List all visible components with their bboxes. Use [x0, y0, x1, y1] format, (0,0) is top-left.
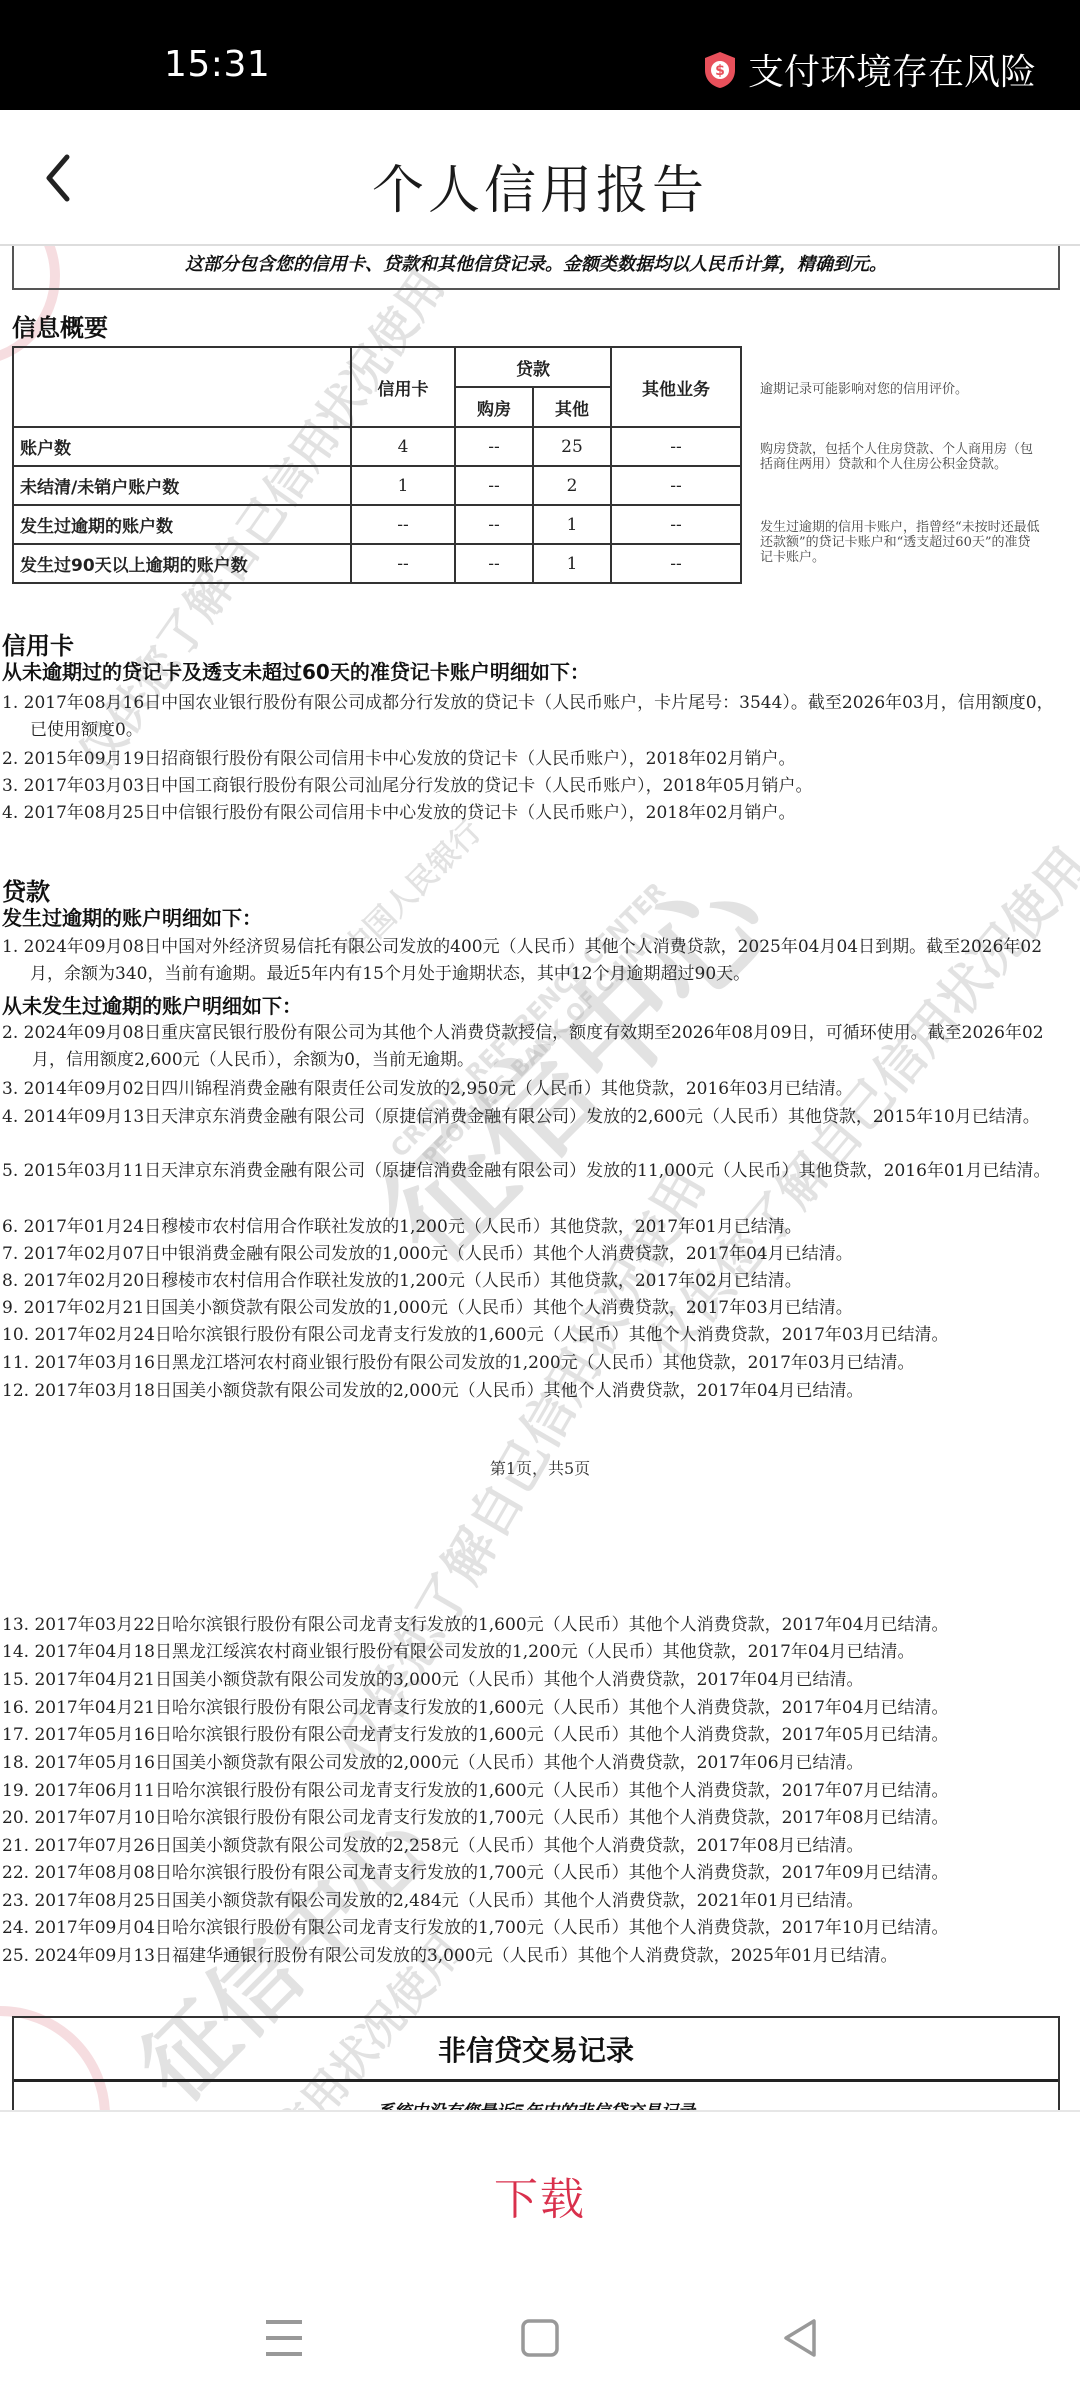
download-bar: 下载: [0, 2110, 1080, 2280]
intro-box: 这部分包含您的信用卡、贷款和其他信贷记录。金额类数据均以人民币计算，精确到元。: [12, 244, 1060, 290]
credit-card-item: 1. 2017年08月16日中国农业银行股份有限公司成都分行发放的贷记卡（人民币…: [0, 690, 1070, 744]
page-title: 个人信用报告: [0, 148, 1080, 223]
row-label: 发生过逾期的账户数: [13, 505, 351, 544]
cell-other: 1: [533, 544, 611, 583]
loan-item: 22. 2017年08月08日哈尔滨银行股份有限公司龙青支行发放的1,700元（…: [0, 1860, 1070, 1887]
status-bar: 15:31 $ 支付环境存在风险: [0, 0, 1080, 110]
loan-item: 24. 2017年09月04日哈尔滨银行股份有限公司龙青支行发放的1,700元（…: [0, 1915, 1070, 1942]
loan-item: 14. 2017年04月18日黑龙江绥滨农村商业银行股份有限公司发放的1,200…: [0, 1639, 1070, 1666]
row-label: 发生过90天以上逾期的账户数: [13, 544, 351, 583]
cell-business: --: [611, 544, 741, 583]
credit-card-item: 3. 2017年03月03日中国工商银行股份有限公司汕尾分行发放的贷记卡（人民币…: [0, 773, 1070, 800]
loan-item: 10. 2017年02月24日哈尔滨银行股份有限公司龙青支行发放的1,600元（…: [0, 1322, 1070, 1349]
col-loan-house: 购房: [455, 387, 533, 427]
credit-card-subheading: 从未逾期过的贷记卡及透支未超过60天的准贷记卡账户明细如下：: [2, 656, 590, 685]
table-row: 发生过90天以上逾期的账户数 -- -- 1 --: [13, 544, 741, 583]
loan-item: 12. 2017年03月18日国美小额贷款有限公司发放的2,000元（人民币）其…: [0, 1378, 1070, 1405]
col-loan: 贷款: [455, 347, 611, 387]
cell-other: 1: [533, 505, 611, 544]
loan-item: 7. 2017年02月07日中银消费金融有限公司发放的1,000元（人民币）其他…: [0, 1241, 1070, 1268]
non-credit-title: 非信贷交易记录: [14, 2018, 1058, 2082]
cell-other: 2: [533, 466, 611, 505]
summary-corner: [13, 347, 351, 427]
credit-card-item: 4. 2017年08月25日中信银行股份有限公司信用卡中心发放的贷记卡（人民币账…: [0, 800, 1070, 827]
loan-item: 19. 2017年06月11日哈尔滨银行股份有限公司龙青支行发放的1,600元（…: [0, 1778, 1070, 1805]
col-other-business: 其他业务: [611, 347, 741, 427]
status-time: 15:31: [164, 44, 270, 85]
table-row: 未结清/未销户账户数 1 -- 2 --: [13, 466, 741, 505]
shield-dollar-icon: $: [702, 50, 738, 90]
cell-business: --: [611, 427, 741, 466]
cell-business: --: [611, 466, 741, 505]
loan-item: 5. 2015年03月11日天津京东消费金融有限公司（原捷信消费金融有限公司）发…: [0, 1158, 1070, 1185]
back-triangle-icon: [780, 2318, 820, 2358]
table-row: 账户数 4 -- 25 --: [13, 427, 741, 466]
recents-button[interactable]: [244, 2308, 324, 2368]
svg-text:$: $: [715, 63, 725, 79]
loan-item: 6. 2017年01月24日穆棱市农村信用合作联社发放的1,200元（人民币）其…: [0, 1214, 1070, 1241]
nav-back-button[interactable]: [760, 2308, 840, 2368]
row-label: 未结清/未销户账户数: [13, 466, 351, 505]
cell-other: 25: [533, 427, 611, 466]
summary-note-overdue-card: 发生过逾期的信用卡账户，指曾经“未按时还最低还款额”的贷记卡账户和“透支超过60…: [760, 520, 1040, 565]
overdue-loans-subheading: 发生过逾期的账户明细如下：: [2, 902, 262, 931]
cell-credit-card: --: [351, 505, 455, 544]
page-number: 第1页，共5页: [0, 1456, 1080, 1479]
payment-risk-text: 支付环境存在风险: [748, 44, 1036, 95]
app-header: 个人信用报告: [0, 110, 1080, 244]
loan-item: 23. 2017年08月25日国美小额贷款有限公司发放的2,484元（人民币）其…: [0, 1888, 1070, 1915]
report-viewer[interactable]: 征信中心 中国人民银行 CREDIT REFERENCE CENTER PEOP…: [0, 244, 1080, 2110]
intro-text: 这部分包含您的信用卡、贷款和其他信贷记录。金额类数据均以人民币计算，精确到元。: [185, 250, 887, 276]
summary-note-house-loan: 购房贷款，包括个人住房贷款、个人商用房（包括商住两用）贷款和个人住房公积金贷款。: [760, 442, 1040, 472]
loan-item: 17. 2017年05月16日哈尔滨银行股份有限公司龙青支行发放的1,600元（…: [0, 1722, 1070, 1749]
cell-house: --: [455, 544, 533, 583]
cell-house: --: [455, 427, 533, 466]
normal-loans-subheading: 从未发生过逾期的账户明细如下：: [2, 990, 302, 1019]
loan-item: 18. 2017年05月16日国美小额贷款有限公司发放的2,000元（人民币）其…: [0, 1750, 1070, 1777]
cell-house: --: [455, 505, 533, 544]
loan-item: 8. 2017年02月20日穆棱市农村信用合作联社发放的1,200元（人民币）其…: [0, 1268, 1070, 1295]
cell-credit-card: --: [351, 544, 455, 583]
loan-item: 15. 2017年04月21日国美小额贷款有限公司发放的3,000元（人民币）其…: [0, 1667, 1070, 1694]
loan-item: 25. 2024年09月13日福建华通银行股份有限公司发放的3,000元（人民币…: [0, 1943, 1070, 1970]
home-square-icon: [520, 2318, 560, 2358]
system-nav-bar: [0, 2280, 1080, 2400]
download-button[interactable]: 下载: [440, 2160, 640, 2230]
loan-item: 13. 2017年03月22日哈尔滨银行股份有限公司龙青支行发放的1,600元（…: [0, 1612, 1070, 1639]
table-row: 发生过逾期的账户数 -- -- 1 --: [13, 505, 741, 544]
loan-item: 20. 2017年07月10日哈尔滨银行股份有限公司龙青支行发放的1,700元（…: [0, 1805, 1070, 1832]
payment-risk-indicator[interactable]: $ 支付环境存在风险: [702, 44, 1036, 95]
loan-item: 21. 2017年07月26日国美小额贷款有限公司发放的2,258元（人民币）其…: [0, 1833, 1070, 1860]
menu-lines-icon: [264, 2318, 304, 2358]
summary-table: 信用卡 贷款 其他业务 购房 其他 账户数 4 -- 25 -- 未结清/未销户…: [12, 346, 742, 584]
summary-heading: 信息概要: [12, 308, 108, 343]
cell-credit-card: 4: [351, 427, 455, 466]
col-credit-card: 信用卡: [351, 347, 455, 427]
non-credit-box: 非信贷交易记录 系统中没有您最近5年内的非信贷交易记录: [12, 2016, 1060, 2110]
home-button[interactable]: [500, 2308, 580, 2368]
col-loan-other: 其他: [533, 387, 611, 427]
loan-item: 2. 2024年09月08日重庆富民银行股份有限公司为其他个人消费贷款授信，额度…: [0, 1020, 1070, 1074]
summary-note-overdue: 逾期记录可能影响对您的信用评价。: [760, 382, 1040, 397]
row-label: 账户数: [13, 427, 351, 466]
cell-credit-card: 1: [351, 466, 455, 505]
loan-item: 16. 2017年04月21日哈尔滨银行股份有限公司龙青支行发放的1,600元（…: [0, 1695, 1070, 1722]
cell-house: --: [455, 466, 533, 505]
loan-item: 3. 2014年09月02日四川锦程消费金融有限责任公司发放的2,950元（人民…: [0, 1076, 1070, 1103]
loan-item: 9. 2017年02月21日国美小额贷款有限公司发放的1,000元（人民币）其他…: [0, 1295, 1070, 1322]
cell-business: --: [611, 505, 741, 544]
credit-card-item: 2. 2015年09月19日招商银行股份有限公司信用卡中心发放的贷记卡（人民币账…: [0, 746, 1070, 773]
overdue-loan-item: 1. 2024年09月08日中国对外经济贸易信托有限公司发放的400元（人民币）…: [0, 934, 1070, 988]
loan-item: 4. 2014年09月13日天津京东消费金融有限公司（原捷信消费金融有限公司）发…: [0, 1104, 1070, 1131]
loan-item: 11. 2017年03月16日黑龙江塔河农村商业银行股份有限公司发放的1,200…: [0, 1350, 1070, 1377]
non-credit-body: 系统中没有您最近5年内的非信贷交易记录: [14, 2082, 1058, 2110]
